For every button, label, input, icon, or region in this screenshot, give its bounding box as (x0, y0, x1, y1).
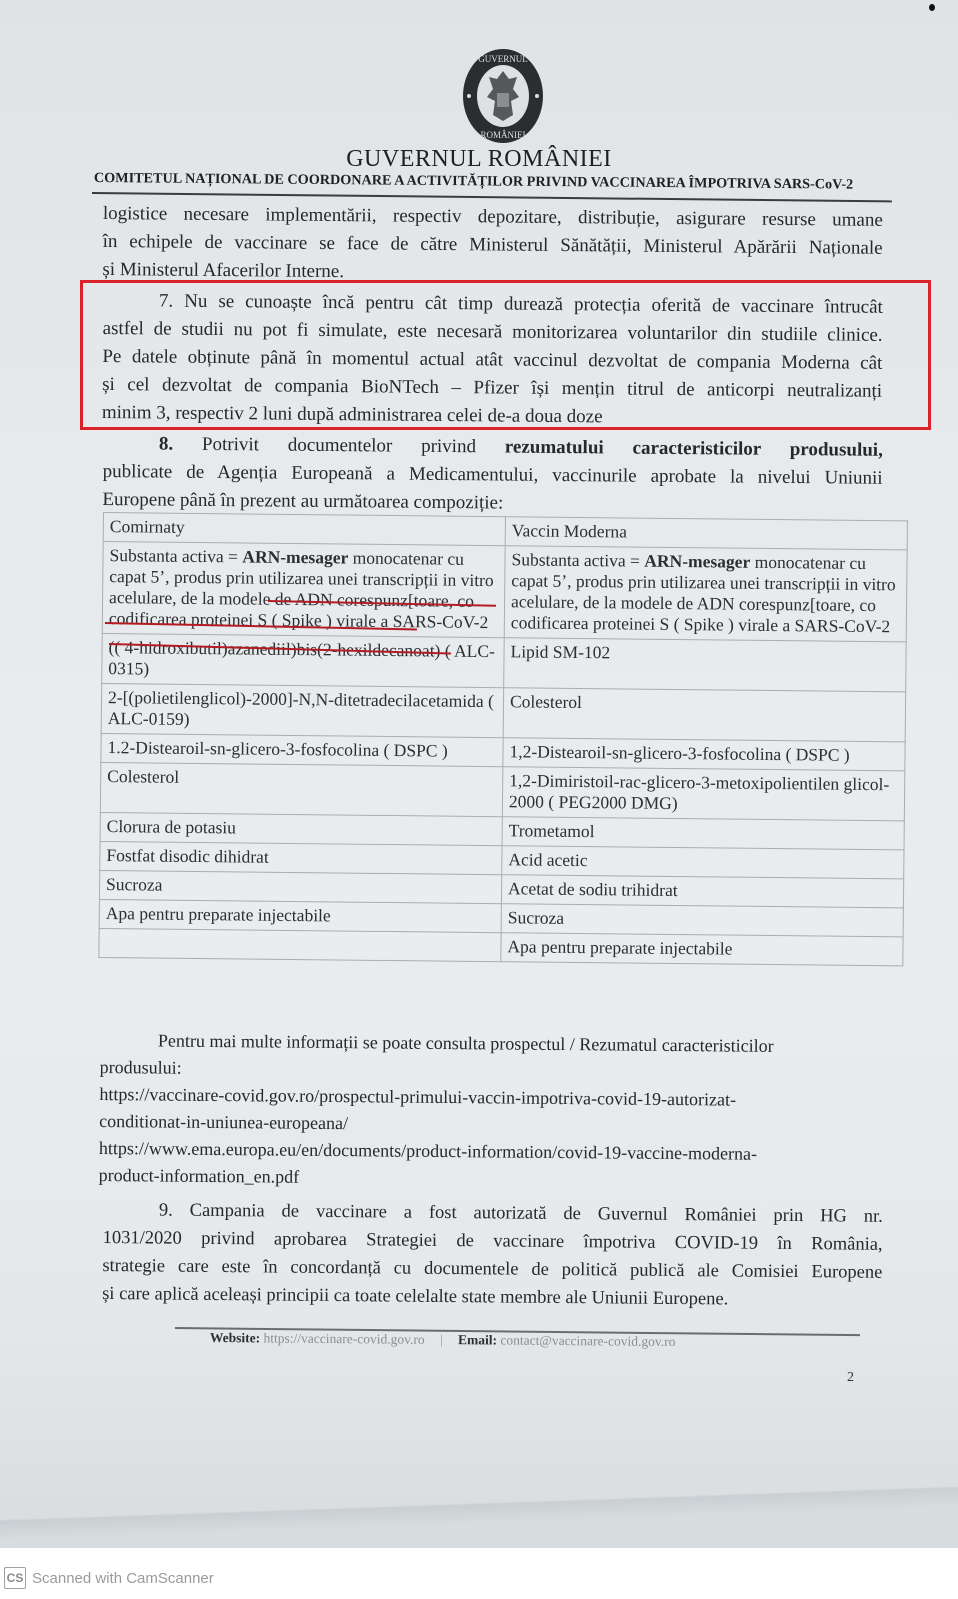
svg-text:ROMÂNIEI: ROMÂNIEI (481, 130, 526, 140)
government-title: GUVERNUL ROMÂNIEI (0, 146, 958, 173)
intro-paragraph: logistice necesare implementării, respec… (102, 200, 883, 291)
committee-header: COMITETUL NAȚIONAL DE COORDONARE A ACTIV… (94, 170, 894, 194)
svg-text:GUVERNUL: GUVERNUL (478, 54, 528, 64)
composition-table: Comirnaty Vaccin Moderna Substanta activ… (98, 512, 908, 966)
email-link[interactable]: contact@vaccinare-covid.gov.ro (500, 1333, 675, 1350)
table-row: Substanta activa = ARN-mesager monocaten… (102, 542, 907, 642)
point-8-paragraph: 8. Potrivit documentelor privind rezumat… (102, 430, 883, 521)
table-cell: Substanta activa = ARN-mesager monocaten… (504, 546, 907, 642)
camscanner-watermark: CS Scanned with CamScanner (4, 1565, 214, 1591)
more-info-section: Pentru mai multe informații se poate con… (99, 1027, 890, 1196)
column-header-comirnaty: Comirnaty (103, 513, 505, 546)
scan-speck (929, 4, 935, 11)
highlight-box (80, 280, 931, 430)
government-seal-icon: GUVERNUL ROMÂNIEI (461, 47, 545, 145)
link-ema-cont[interactable]: product-information_en.pdf (99, 1162, 889, 1196)
column-header-moderna: Vaccin Moderna (505, 517, 907, 550)
table-row: (( 4-hidroxibutil)azanediil)bis(2-hexild… (102, 633, 906, 691)
scanned-page: GUVERNUL ROMÂNIEI GUVERNUL ROMÂNIEI COMI… (0, 0, 958, 1548)
page-number: 2 (847, 1370, 854, 1386)
point-9-paragraph: 9. Campania de vaccinare a fost autoriza… (102, 1196, 883, 1315)
table-row: Colesterol1,2-Dimiristoil-rac-glicero-3-… (100, 762, 904, 820)
footer: Website: https://vaccinare-covid.gov.ro … (210, 1330, 676, 1350)
table-row: 2-[(polietilenglicol)-2000]-N,N-ditetrad… (101, 683, 905, 741)
camscanner-logo-icon: CS (4, 1567, 26, 1589)
watermark-text: Scanned with CamScanner (32, 1570, 214, 1587)
website-link[interactable]: https://vaccinare-covid.gov.ro (263, 1330, 424, 1346)
